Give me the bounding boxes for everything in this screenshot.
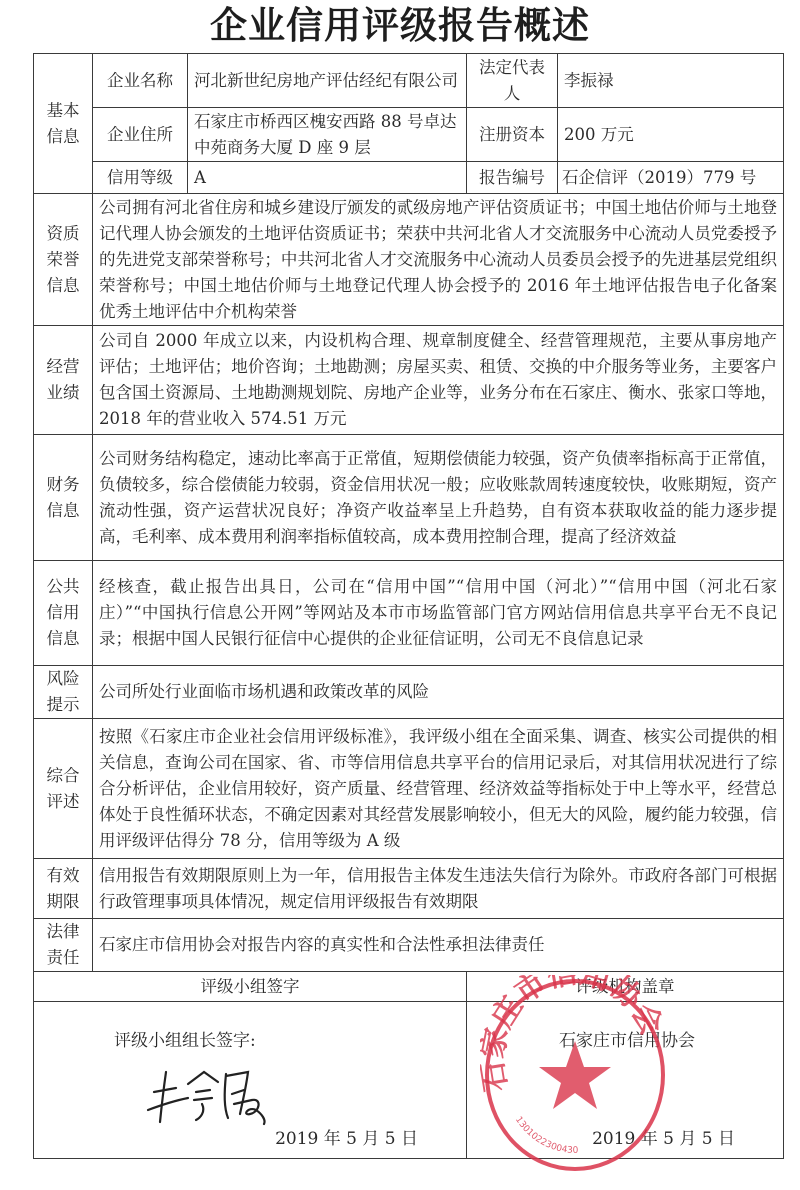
rating-agency-name: 石家庄市信用协会 bbox=[559, 1028, 695, 1054]
label-registered-capital: 注册资本 bbox=[467, 108, 558, 162]
section-label-public-credit: 公共信用信息 bbox=[34, 561, 93, 666]
credit-report-table: 基本信息 企业名称 河北新世纪房地产评估经纪有限公司 法定代表人 李振禄 企业住… bbox=[33, 53, 784, 1159]
label-report-number: 报告编号 bbox=[467, 162, 558, 194]
team-signature-date: 2019 年 5 月 5 日 bbox=[275, 1126, 418, 1152]
basic-row-company-name: 基本信息 企业名称 河北新世纪房地产评估经纪有限公司 法定代表人 李振禄 bbox=[34, 54, 784, 108]
rating-team-signature-header: 评级小组签字 bbox=[34, 972, 467, 1002]
section-row-validity: 有效期限 信用报告有效期限原则上为一年，信用报告主体发生违法失信行为除外。市政府… bbox=[34, 859, 784, 919]
basic-row-address: 企业住所 石家庄市桥西区槐安西路 88 号卓达中苑商务大厦 D 座 9 层 注册… bbox=[34, 108, 784, 162]
section-text-risk-warning: 公司所处行业面临市场机遇和政策改革的风险 bbox=[93, 666, 784, 719]
section-row-risk-warning: 风险提示 公司所处行业面临市场机遇和政策改革的风险 bbox=[34, 666, 784, 719]
section-text-public-credit: 经核查，截止报告出具日，公司在“信用中国”“信用中国（河北）”“信用中国（河北石… bbox=[93, 561, 784, 666]
section-row-legal-liability: 法律责任 石家庄市信用协会对报告内容的真实性和合法性承担法律责任 bbox=[34, 919, 784, 972]
signature-header-row: 评级小组签字 评级机构盖章 bbox=[34, 972, 784, 1002]
section-row-summary: 综合评述 按照《石家庄市企业社会信用评级标准》，我评级小组在全面采集、调查、核实… bbox=[34, 719, 784, 859]
section-label-business-performance: 经营业绩 bbox=[34, 326, 93, 435]
section-row-financial-info: 财务信息 公司财务结构稳定，速动比率高于正常值，短期偿债能力较强，资产负债率指标… bbox=[34, 435, 784, 561]
section-text-validity: 信用报告有效期限原则上为一年，信用报告主体发生违法失信行为除外。市政府各部门可根… bbox=[93, 859, 784, 919]
section-row-qualifications: 资质荣誉信息 公司拥有河北省住房和城乡建设厅颁发的贰级房地产评估资质证书；中国土… bbox=[34, 194, 784, 326]
section-label-validity: 有效期限 bbox=[34, 859, 93, 919]
section-label-risk-warning: 风险提示 bbox=[34, 666, 93, 719]
label-legal-rep: 法定代表人 bbox=[467, 54, 558, 108]
rating-team-signature-cell: 评级小组组长签字: 2019 年 5 月 5 日 bbox=[34, 1002, 467, 1159]
section-label-summary: 综合评述 bbox=[34, 719, 93, 859]
section-text-legal-liability: 石家庄市信用协会对报告内容的真实性和合法性承担法律责任 bbox=[93, 919, 784, 972]
value-credit-level: A bbox=[188, 162, 467, 194]
section-label-financial-info: 财务信息 bbox=[34, 435, 93, 561]
handwritten-signature-icon bbox=[144, 1064, 274, 1134]
value-legal-rep: 李振禄 bbox=[558, 54, 784, 108]
rating-agency-seal-cell: 石家庄市信用协会 2019 年 5 月 5 日 bbox=[467, 1002, 784, 1159]
section-row-public-credit: 公共信用信息 经核查，截止报告出具日，公司在“信用中国”“信用中国（河北）”“信… bbox=[34, 561, 784, 666]
page-title: 企业信用评级报告概述 bbox=[0, 2, 800, 50]
signature-body-row: 评级小组组长签字: 2019 年 5 月 5 日 石家庄市信用协会 2019 年… bbox=[34, 1002, 784, 1159]
section-text-qualifications: 公司拥有河北省住房和城乡建设厅颁发的贰级房地产评估资质证书；中国土地估价师与土地… bbox=[93, 194, 784, 326]
label-company-name: 企业名称 bbox=[93, 54, 188, 108]
section-label-legal-liability: 法律责任 bbox=[34, 919, 93, 972]
team-leader-signature-label: 评级小组组长签字: bbox=[114, 1028, 256, 1054]
value-company-name: 河北新世纪房地产评估经纪有限公司 bbox=[188, 54, 467, 108]
section-label-qualifications: 资质荣誉信息 bbox=[34, 194, 93, 326]
section-row-business-performance: 经营业绩 公司自 2000 年成立以来，内设机构合理、规章制度健全、经营管理规范… bbox=[34, 326, 784, 435]
section-text-business-performance: 公司自 2000 年成立以来，内设机构合理、规章制度健全、经营管理规范，主要从事… bbox=[93, 326, 784, 435]
value-report-number: 石企信评（2019）779 号 bbox=[558, 162, 784, 194]
agency-seal-date: 2019 年 5 月 5 日 bbox=[592, 1126, 735, 1152]
value-address: 石家庄市桥西区槐安西路 88 号卓达中苑商务大厦 D 座 9 层 bbox=[188, 108, 467, 162]
value-registered-capital: 200 万元 bbox=[558, 108, 784, 162]
rating-agency-seal-header: 评级机构盖章 bbox=[467, 972, 784, 1002]
label-address: 企业住所 bbox=[93, 108, 188, 162]
section-label-basic-info: 基本信息 bbox=[34, 54, 93, 194]
basic-row-credit-level: 信用等级 A 报告编号 石企信评（2019）779 号 bbox=[34, 162, 784, 194]
label-credit-level: 信用等级 bbox=[93, 162, 188, 194]
section-text-financial-info: 公司财务结构稳定，速动比率高于正常值，短期偿债能力较强，资产负债率指标高于正常值… bbox=[93, 435, 784, 561]
section-text-summary: 按照《石家庄市企业社会信用评级标准》，我评级小组在全面采集、调查、核实公司提供的… bbox=[93, 719, 784, 859]
